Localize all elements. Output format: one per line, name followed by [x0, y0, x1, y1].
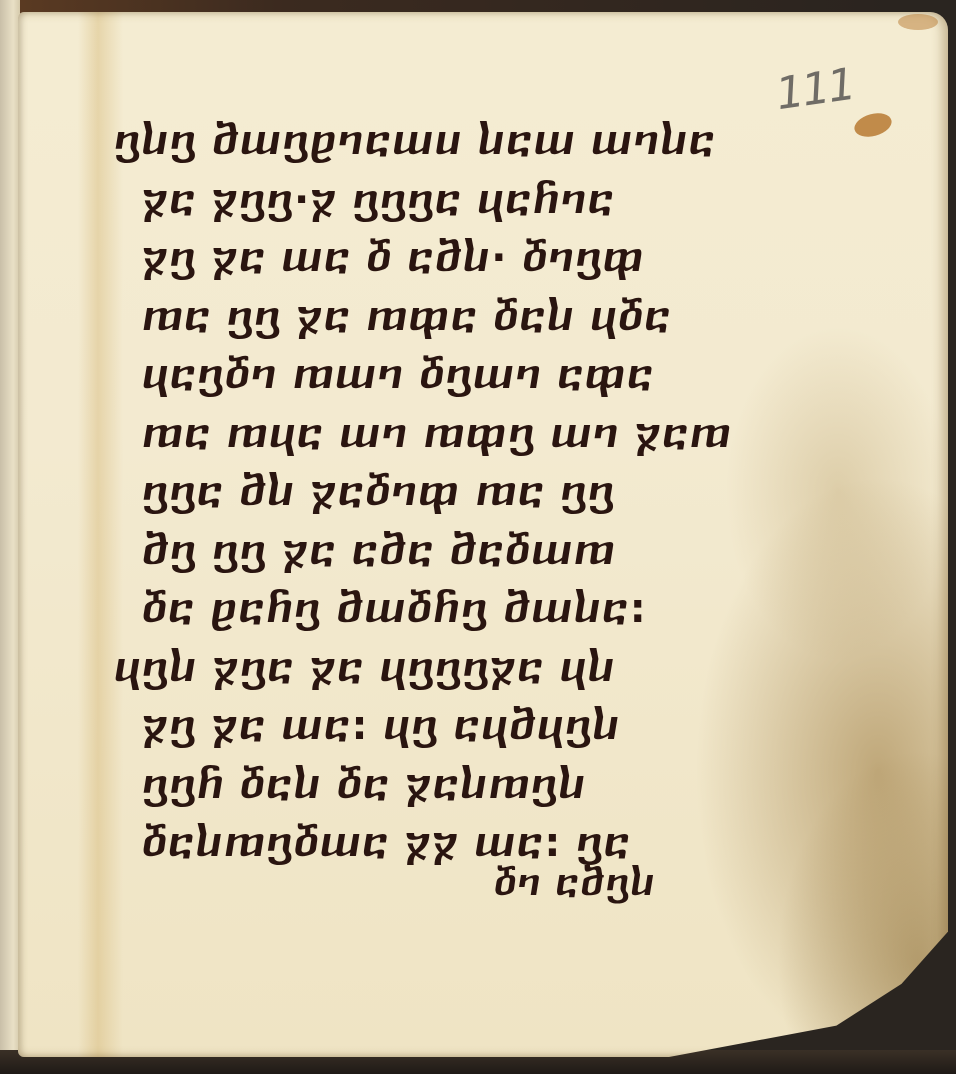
- text-line-2: ⴟⴀ ⴟⴂⴂ·ⴟ ⴂⴂⴂⴀ ⴗⴀⴌⴈⴀ: [114, 171, 754, 230]
- folio-number: 111: [773, 59, 857, 120]
- text-line-6: ⴊⴀ ⴊⴗⴀ ⴍⴈ ⴊⴔⴂ ⴍⴈ ⴟⴀⴊ: [114, 405, 754, 464]
- text-line-3: ⴟⴂ ⴟⴀ ⴍⴀ ⴃ ⴀⴋⴑ· ⴃⴈⴂⴔ: [114, 229, 754, 288]
- text-line-12: ⴂⴂⴌ ⴃⴀⴑ ⴃⴀ ⴟⴀⴑⴊⴂⴑ: [114, 756, 754, 815]
- text-line-10: ⴗⴂⴑ ⴟⴂⴀ ⴟⴀ ⴗⴂⴂⴂⴟⴀ ⴗⴑ: [114, 639, 754, 698]
- text-line-9: ⴃⴀ ⴒⴀⴌⴂ ⴋⴍⴃⴌⴂ ⴋⴍⴑⴀ:: [114, 580, 754, 639]
- rust-stain: [852, 109, 894, 140]
- text-line-1: ⴂⴑⴂ ⴋⴍⴂⴒⴈⴀⴍⴎ ⴑⴀⴍ ⴍⴈⴑⴀ: [114, 112, 754, 171]
- text-line-8: ⴋⴂ ⴂⴂ ⴟⴀ ⴀⴋⴀ ⴋⴀⴃⴍⴊ: [114, 522, 754, 581]
- text-line-4: ⴊⴀ ⴂⴂ ⴟⴀ ⴊⴔⴀ ⴃⴀⴑ ⴗⴃⴀ: [114, 288, 754, 347]
- edge-stain: [898, 14, 938, 30]
- text-block: ⴂⴑⴂ ⴋⴍⴂⴒⴈⴀⴍⴎ ⴑⴀⴍ ⴍⴈⴑⴀ ⴟⴀ ⴟⴂⴂ·ⴟ ⴂⴂⴂⴀ ⴗⴀⴌⴈ…: [114, 112, 754, 913]
- text-line-7: ⴂⴂⴀ ⴋⴑ ⴟⴀⴃⴈⴔ ⴊⴀ ⴂⴂ: [114, 463, 754, 522]
- text-line-5: ⴗⴀⴂⴃⴈ ⴊⴍⴈ ⴃⴂⴍⴈ ⴀⴔⴀ: [114, 346, 754, 405]
- text-line-11: ⴟⴂ ⴟⴀ ⴍⴀ: ⴗⴂ ⴀⴗⴋⴗⴂⴑ: [114, 697, 754, 756]
- manuscript-page: 111 ⴂⴑⴂ ⴋⴍⴂⴒⴈⴀⴍⴎ ⴑⴀⴍ ⴍⴈⴑⴀ ⴟⴀ ⴟⴂⴂ·ⴟ ⴂⴂⴂⴀ …: [18, 12, 948, 1057]
